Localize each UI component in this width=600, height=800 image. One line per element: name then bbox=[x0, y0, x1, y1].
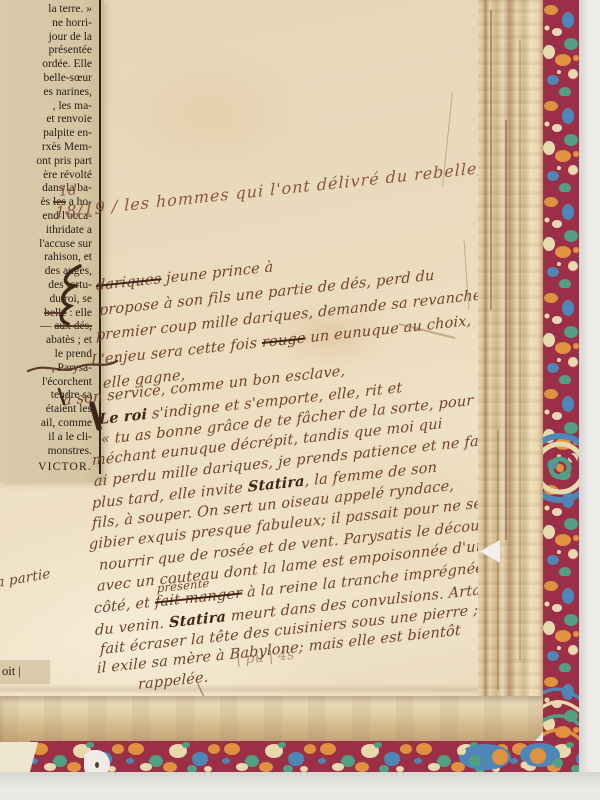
printed-line: , Parysa- bbox=[0, 362, 92, 376]
printed-text: — bbox=[40, 320, 54, 332]
printed-line: le prend bbox=[0, 348, 92, 362]
printed-text: rahison, et bbox=[44, 251, 92, 263]
printed-line: dans la ba- bbox=[0, 182, 92, 196]
printed-text-struck: aux dés, bbox=[54, 320, 92, 332]
marbled-cover-right bbox=[543, 0, 579, 772]
printed-line: des auges, bbox=[0, 265, 92, 279]
printed-text: l'écorchent bbox=[42, 376, 92, 388]
printed-text: ordée. Elle bbox=[42, 58, 92, 70]
printed-text: belle-sœur bbox=[43, 72, 92, 84]
marbled-cover-bottom bbox=[30, 741, 579, 773]
printed-text: , Parysa- bbox=[52, 362, 92, 374]
printed-line: il a le cli- bbox=[0, 431, 92, 445]
background-right bbox=[579, 0, 600, 800]
printed-text: des auges, bbox=[45, 265, 92, 277]
printed-line: rahison, et bbox=[0, 251, 92, 265]
printed-text: jour de la bbox=[49, 31, 92, 43]
printed-line: ère révolté bbox=[0, 169, 92, 183]
printed-line: la terre. » bbox=[0, 3, 92, 17]
printed-line: jour de la bbox=[0, 31, 92, 45]
printed-text: ithridate a bbox=[46, 224, 92, 236]
printed-text: l'accuse sur bbox=[39, 238, 92, 250]
printed-line: — aux dés, bbox=[0, 320, 92, 334]
printed-text: monstres. bbox=[48, 445, 92, 457]
printed-line: ithridate a bbox=[0, 224, 92, 238]
printed-line: belle-sœur bbox=[0, 72, 92, 86]
printed-text: présentée bbox=[49, 44, 92, 56]
printed-text: et renvoie bbox=[46, 113, 92, 125]
printed-text: VICTOR. bbox=[38, 461, 92, 473]
printed-line: belle : elle bbox=[0, 307, 92, 321]
page-stack-edge-right bbox=[478, 0, 545, 745]
printed-text: , les ma- bbox=[53, 100, 92, 112]
printed-line: des tortu- bbox=[0, 279, 92, 293]
printed-line: ordée. Elle bbox=[0, 58, 92, 72]
printed-line: monstres. bbox=[0, 445, 92, 459]
printed-text: es narines, bbox=[43, 86, 92, 98]
printed-line: ail, comme bbox=[0, 417, 92, 431]
photo-of-manuscript-book: { "colors": { "background": "#e9e8e5", "… bbox=[0, 0, 600, 800]
printed-text: le prend bbox=[55, 348, 92, 360]
printed-text: il a le cli- bbox=[48, 431, 92, 443]
page-stack-edge-bottom bbox=[0, 696, 545, 745]
printed-fragment-bottom: oit | bbox=[0, 660, 50, 684]
printed-text: du roi, se bbox=[50, 293, 92, 305]
printed-text: ne horri- bbox=[52, 17, 92, 29]
printed-line: rxès Mem- bbox=[0, 141, 92, 155]
printed-line: VICTOR. bbox=[0, 461, 92, 475]
printed-text: palpite en- bbox=[43, 127, 92, 139]
background-bottom bbox=[0, 772, 600, 800]
printed-text: : elle bbox=[66, 307, 92, 319]
printed-line: du roi, se bbox=[0, 293, 92, 307]
printed-text: la terre. » bbox=[48, 3, 92, 15]
printed-line: palpite en- bbox=[0, 127, 92, 141]
printed-text: ère révolté bbox=[43, 169, 92, 181]
printed-line: ont pris part bbox=[0, 155, 92, 169]
printed-line: et renvoie bbox=[0, 113, 92, 127]
printed-text: ail, comme bbox=[41, 417, 92, 429]
printed-line: ne horri- bbox=[0, 17, 92, 31]
printed-text: abatès ; et bbox=[46, 334, 92, 346]
printed-line: , les ma- bbox=[0, 100, 92, 114]
folio-annotation: 1d bbox=[59, 182, 77, 200]
printed-text: ont pris part bbox=[36, 155, 92, 167]
printed-line: abatès ; et bbox=[0, 334, 92, 348]
printed-line: es narines, bbox=[0, 86, 92, 100]
printed-text-struck: belle bbox=[44, 307, 66, 319]
printed-text: des tortu- bbox=[48, 279, 92, 291]
paper-crease bbox=[0, 684, 492, 694]
printed-text: ès bbox=[41, 196, 53, 208]
printed-line: l'écorchent bbox=[0, 376, 92, 390]
printed-line: présentée bbox=[0, 44, 92, 58]
printed-newspaper-column: la terre. »ne horri-jour de laprésentéeo… bbox=[0, 0, 104, 482]
printed-line: l'accuse sur bbox=[0, 238, 92, 252]
printed-text: rxès Mem- bbox=[42, 141, 92, 153]
